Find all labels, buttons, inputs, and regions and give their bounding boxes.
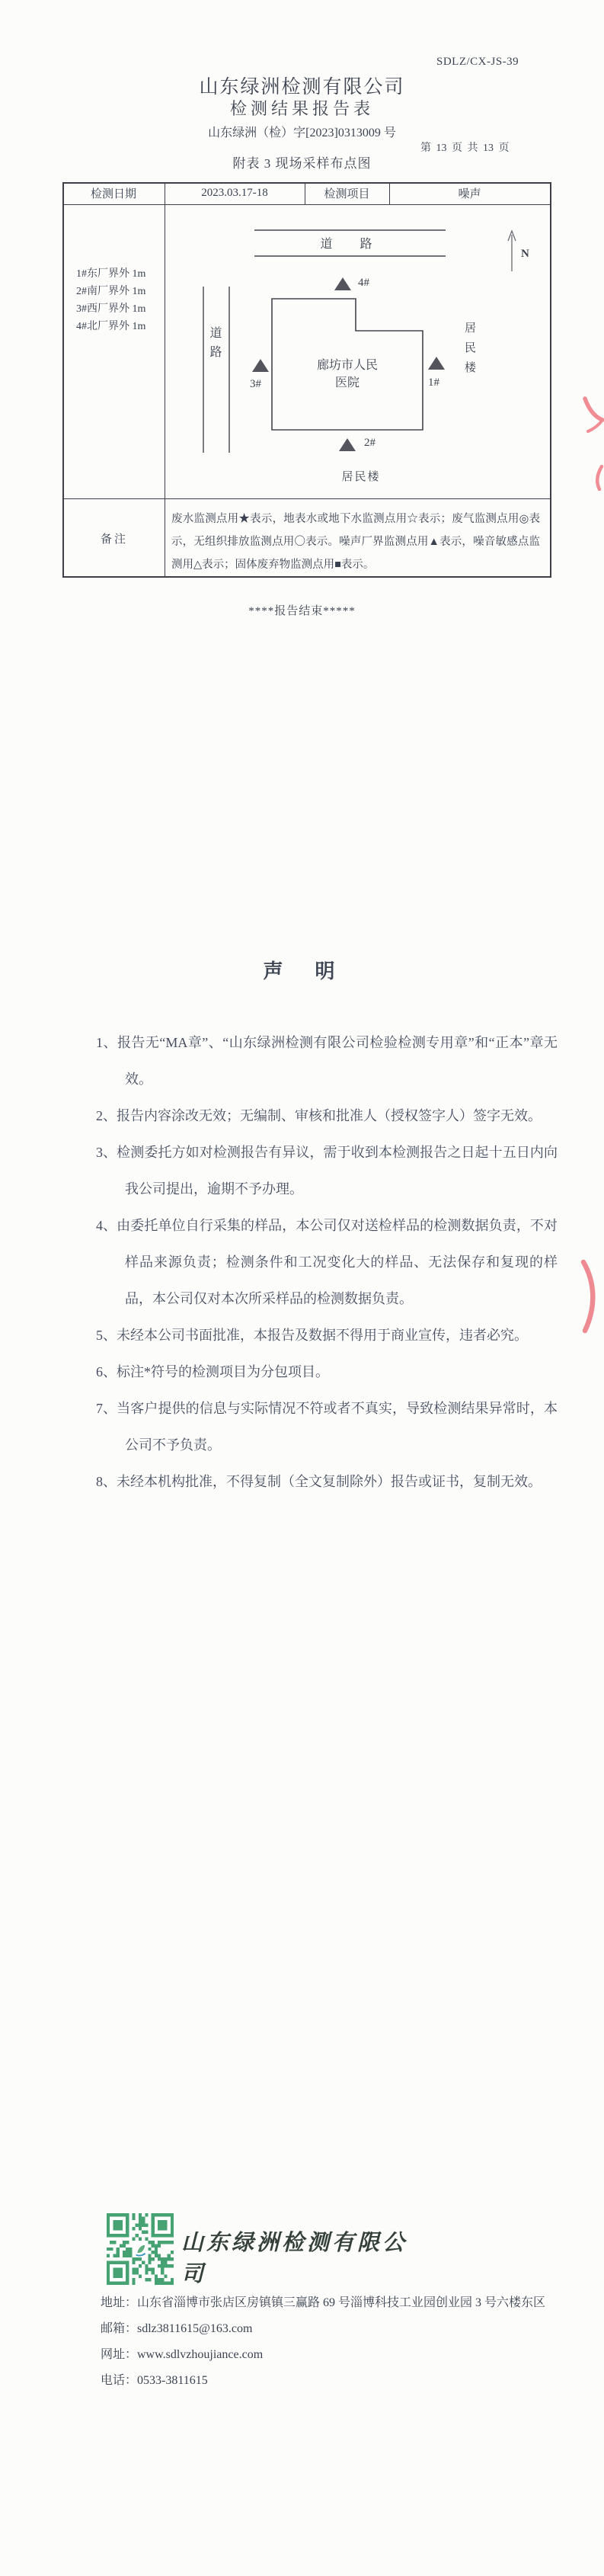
- statement-item: 4、由委托单位自行采集的样品，本公司仅对送检样品的检测数据负责，不对样品来源负责…: [96, 1207, 558, 1317]
- footer-company-name: 山东绿洲检测有限公司: [181, 2225, 425, 2288]
- noise-marker-3-icon: [252, 359, 269, 372]
- footer-phone: 电话：0533-3811615: [101, 2370, 208, 2388]
- report-title: 检测结果报告表: [0, 96, 604, 120]
- qr-code: [107, 2213, 174, 2285]
- report-page: SDLZ/CX-JS-39 山东绿洲检测有限公司 检测结果报告表 山东绿洲（检）…: [0, 0, 604, 2576]
- seal-edge-mark-icon: [579, 1259, 599, 1334]
- seal-edge-mark-icon: [582, 396, 604, 433]
- residential-right-label: 居民楼: [462, 322, 478, 381]
- building-name: 廊坊市人民 医院: [272, 357, 423, 392]
- statement-list: 1、报告无“MA章”、“山东绿洲检测有限公司检验检测专用章”和“正本”章无效。 …: [96, 1024, 558, 1500]
- marker-label-2: 2#: [364, 437, 376, 450]
- remark-label: 备注: [64, 500, 165, 576]
- road-left-label: 道路: [206, 326, 223, 364]
- footer-address: 地址：山东省淄博市张店区房镇镇三赢路 69 号淄博科技工业园创业园 3 号六楼东…: [101, 2292, 545, 2310]
- marker-label-4: 4#: [358, 277, 369, 290]
- monitoring-points-list: 1#东厂界外 1m 2#南厂界外 1m 3#西厂界外 1m 4#北厂界外 1m: [76, 265, 145, 335]
- road-top-label: 道 路: [254, 234, 446, 252]
- detection-item-value: 噪声: [389, 184, 550, 203]
- north-arrow-icon: [508, 231, 516, 271]
- statement-item: 5、未经本公司书面批准，本报告及数据不得用于商业宣传，违者必究。: [96, 1317, 558, 1354]
- table-divider: [64, 498, 550, 499]
- statement-title: 声 明: [0, 956, 604, 984]
- statement-item: 3、检测委托方如对检测报告有异议，需于收到本检测报告之日起十五日内向我公司提出，…: [96, 1134, 558, 1207]
- statement-item: 7、当客户提供的信息与实际情况不符或者不真实，导致检测结果异常时，本公司不予负责…: [96, 1390, 558, 1463]
- marker-label-3: 3#: [250, 378, 261, 391]
- north-label: N: [521, 248, 529, 261]
- appendix-title: 附表 3 现场采样布点图: [0, 152, 604, 171]
- monitoring-point-row: 2#南厂界外 1m: [76, 283, 145, 300]
- marker-label-1: 1#: [428, 376, 439, 389]
- noise-marker-1-icon: [428, 357, 445, 370]
- company-title: 山东绿洲检测有限公司: [0, 72, 604, 99]
- residential-bottom-label: 居民楼: [315, 468, 407, 484]
- statement-item: 2、报告内容涂改无效；无编制、审核和批准人（授权签字人）签字无效。: [96, 1097, 558, 1134]
- noise-marker-2-icon: [339, 438, 356, 451]
- detection-date-value: 2023.03.17-18: [165, 184, 305, 203]
- report-end-text: ****报告结束*****: [0, 602, 604, 618]
- seal-edge-mark-icon: [593, 465, 604, 491]
- statement-item: 1、报告无“MA章”、“山东绿洲检测有限公司检验检测专用章”和“正本”章无效。: [96, 1024, 558, 1097]
- remark-text: 废水监测点用★表示，地表水或地下水监测点用☆表示；废气监测点用◎表示，无组织排放…: [165, 501, 551, 576]
- detection-date-label: 检测日期: [64, 184, 163, 203]
- footer-email: 邮箱：sdlz3811615@163.com: [101, 2318, 252, 2336]
- report-number: 山东绿洲（检）字[2023]0313009 号: [0, 123, 604, 140]
- detection-item-label: 检测项目: [305, 184, 389, 203]
- doc-code: SDLZ/CX-JS-39: [436, 56, 519, 69]
- statement-item: 6、标注*符号的检测项目为分包项目。: [96, 1354, 558, 1390]
- footer-website: 网址：www.sdlvzhoujiance.com: [101, 2344, 263, 2362]
- statement-item: 8、未经本机构批准，不得复制（全文复制除外）报告或证书，复制无效。: [96, 1463, 558, 1500]
- noise-marker-4-icon: [334, 277, 351, 290]
- monitoring-point-row: 4#北厂界外 1m: [76, 318, 145, 335]
- monitoring-point-row: 3#西厂界外 1m: [76, 300, 145, 318]
- monitoring-point-row: 1#东厂界外 1m: [76, 265, 145, 283]
